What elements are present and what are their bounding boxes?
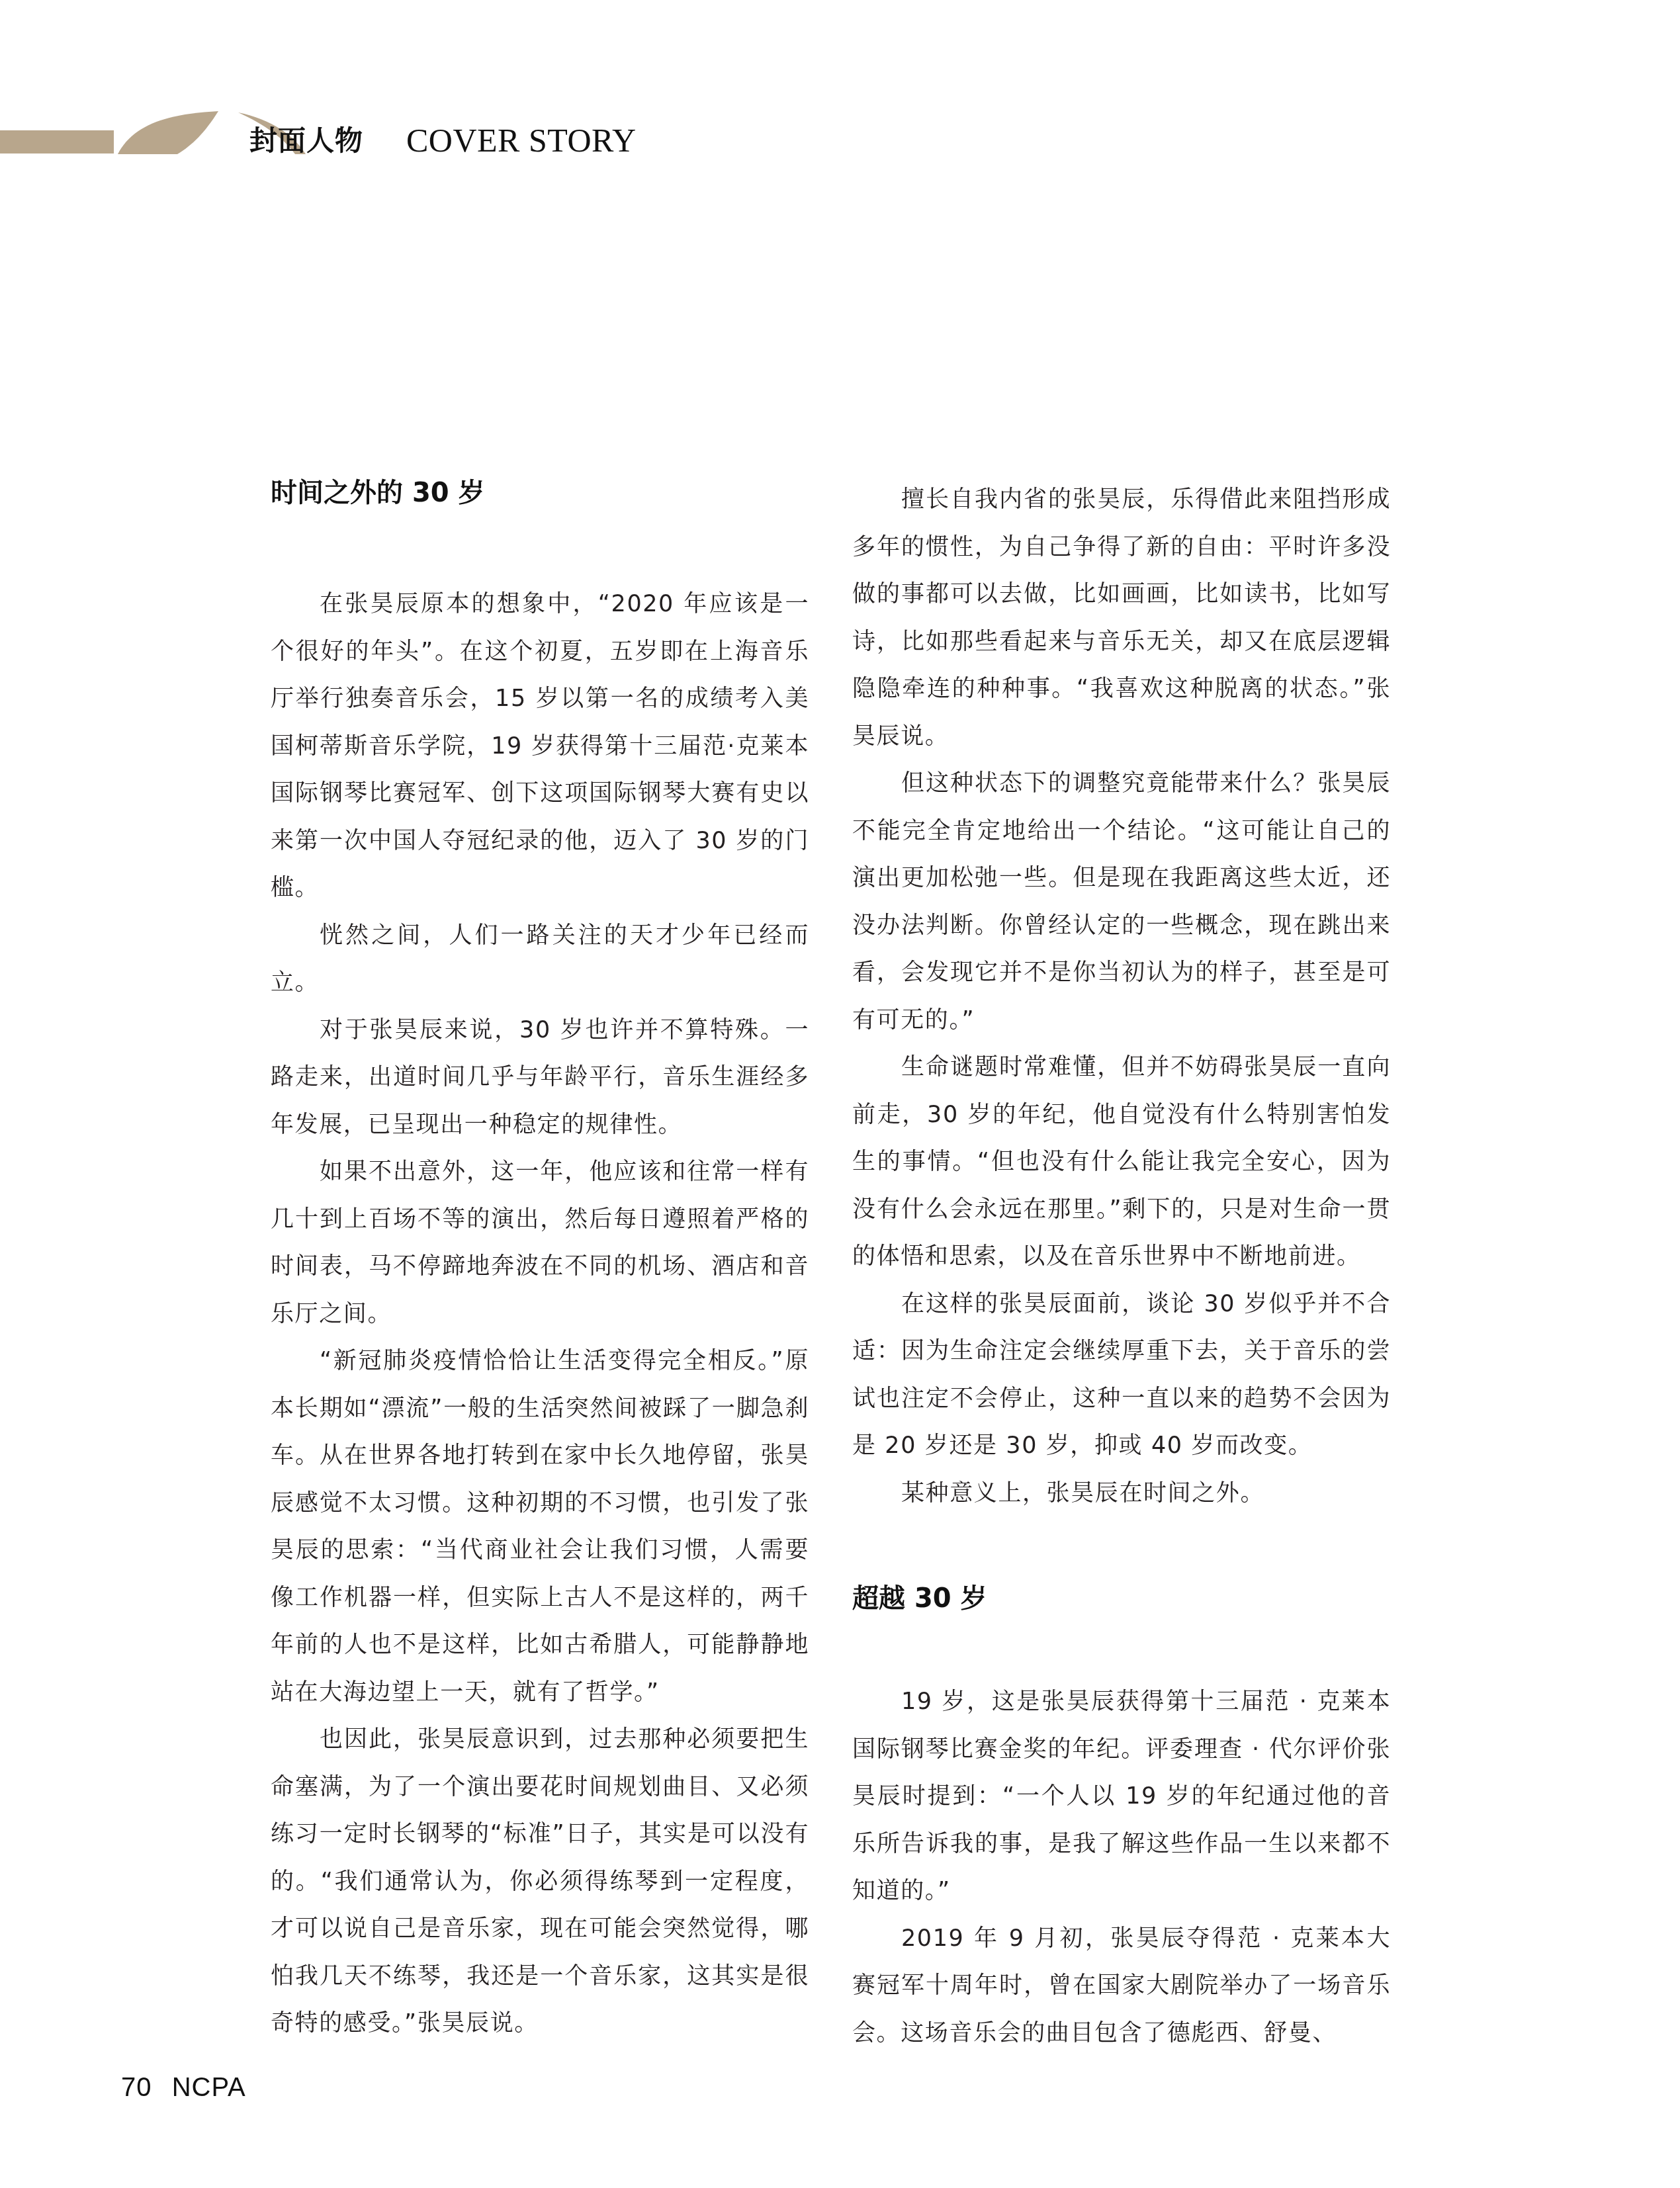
paragraph: 在张昊辰原本的想象中，“2020 年应该是一个很好的年头”。在这个初夏，五岁即在… <box>271 581 809 912</box>
article-column-left: 时间之外的 30 岁 在张昊辰原本的想象中，“2020 年应该是一个很好的年头”… <box>271 478 809 2048</box>
paragraph: 某种意义上，张昊辰在时间之外。 <box>852 1470 1391 1518</box>
page-footer: 70 NCPA <box>121 2073 246 2103</box>
paragraph: 在这样的张昊辰面前，谈论 30 岁似乎并不合适：因为生命注定会继续厚重下去，关于… <box>852 1281 1391 1470</box>
header-wing-shape <box>118 111 218 154</box>
paragraph: 擅长自我内省的张昊辰，乐得借此来阻挡形成多年的惯性，为自己争得了新的自由：平时许… <box>852 476 1391 760</box>
paragraph: 对于张昊辰来说，30 岁也许并不算特殊。一路走来，出道时间几乎与年龄平行，音乐生… <box>271 1007 809 1149</box>
paragraph: 生命谜题时常难懂，但并不妨碍张昊辰一直向前走，30 岁的年纪，他自觉没有什么特别… <box>852 1044 1391 1281</box>
section-heading: 超越 30 岁 <box>852 1583 1391 1614</box>
page-number: 70 <box>121 2073 152 2103</box>
paragraph: 如果不出意外，这一年，他应该和往常一样有几十到上百场不等的演出，然后每日遵照着严… <box>271 1149 809 1338</box>
section-label-chinese: 封面人物 <box>249 126 363 156</box>
paragraph: “新冠肺炎疫情恰恰让生活变得完全相反。”原本长期如“漂流”一般的生活突然间被踩了… <box>271 1338 809 1716</box>
publication-name: NCPA <box>172 2073 246 2103</box>
article-column-right: 擅长自我内省的张昊辰，乐得借此来阻挡形成多年的惯性，为自己争得了新的自由：平时许… <box>852 478 1391 2057</box>
paragraph: 19 岁，这是张昊辰获得第十三届范 · 克莱本国际钢琴比赛金奖的年纪。评委理查 … <box>852 1679 1391 1915</box>
section-label-english: COVER STORY <box>406 123 637 157</box>
paragraph: 但这种状态下的调整究竟能带来什么？张昊辰不能完全肯定地给出一个结论。“这可能让自… <box>852 760 1391 1044</box>
section-heading: 时间之外的 30 岁 <box>271 478 809 508</box>
paragraph: 也因此，张昊辰意识到，过去那种必须要把生命塞满，为了一个演出要花时间规划曲目、又… <box>271 1716 809 2048</box>
paragraph: 2019 年 9 月初，张昊辰夺得范 · 克莱本大赛冠军十周年时，曾在国家大剧院… <box>852 1915 1391 2058</box>
paragraph: 恍然之间，人们一路关注的天才少年已经而立。 <box>271 912 809 1007</box>
header-bar-shape <box>0 130 114 153</box>
